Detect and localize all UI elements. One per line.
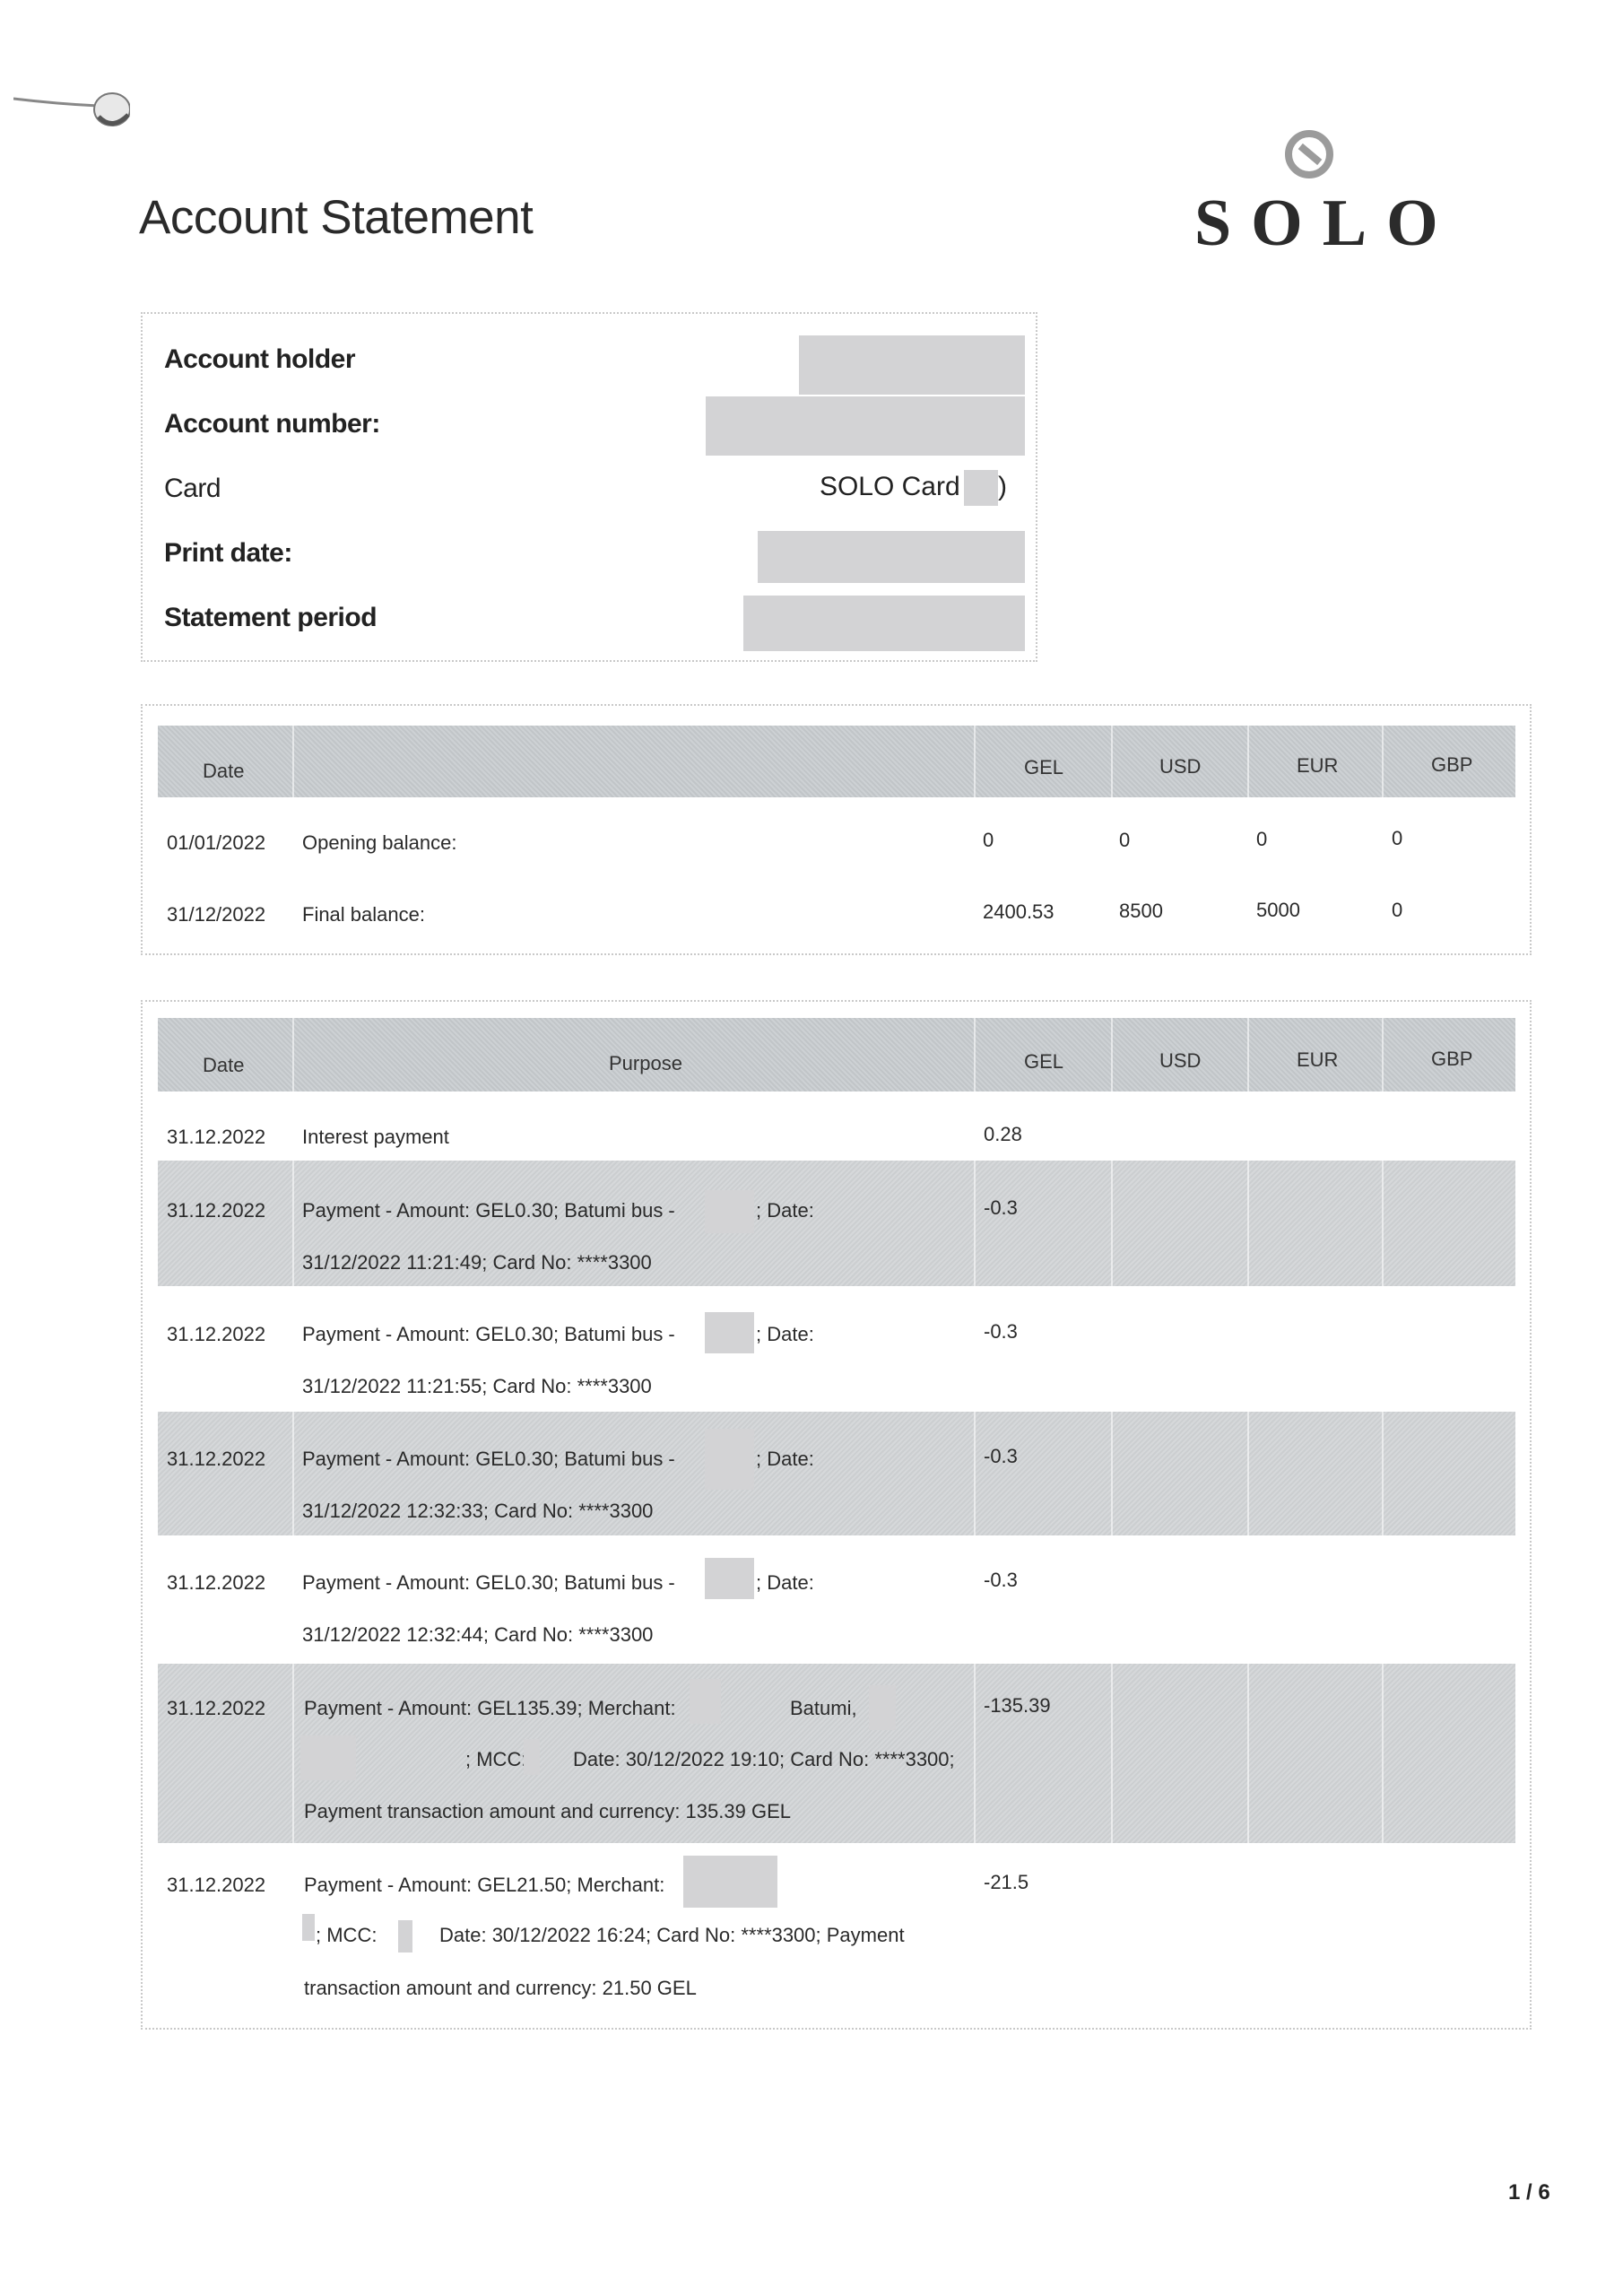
col-header-date: Date — [203, 760, 244, 783]
statement-period-label: Statement period — [164, 603, 377, 633]
info-row-account-number: Account number: — [153, 396, 1025, 450]
col-header-gel: GEL — [1024, 1050, 1063, 1074]
page-title: Account Statement — [139, 190, 533, 245]
staple-mark — [13, 88, 130, 133]
merchant-redacted — [705, 1312, 754, 1353]
col-header-purpose: Purpose — [609, 1052, 682, 1075]
col-header-gbp: GBP — [1431, 1048, 1472, 1071]
transactions-table-header: Date Purpose GEL USD EUR GBP — [158, 1018, 1515, 1091]
info-row-statement-period: Statement period — [153, 590, 1025, 644]
address-redacted — [869, 1685, 896, 1730]
address-redacted — [302, 1914, 315, 1941]
card-number-redacted — [964, 470, 998, 506]
col-header-usd: USD — [1159, 755, 1201, 778]
account-number-label: Account number: — [164, 409, 380, 439]
merchant-redacted — [705, 1190, 754, 1233]
info-row-card: Card SOLO Card () — [153, 461, 1025, 515]
merchant-redacted — [690, 1679, 721, 1724]
info-row-print-date: Print date: — [153, 526, 1025, 579]
card-value: SOLO Card () — [820, 470, 1007, 506]
balance-table: Date GEL USD EUR GBP 01/01/2022 Opening … — [141, 704, 1532, 955]
print-date-label: Print date: — [164, 538, 292, 569]
merchant-redacted — [683, 1856, 777, 1908]
col-header-date: Date — [203, 1054, 244, 1077]
balance-table-header: Date GEL USD EUR GBP — [158, 726, 1515, 797]
merchant-redacted — [705, 1429, 754, 1490]
account-holder-label: Account holder — [164, 344, 355, 375]
mcc-redacted — [398, 1920, 412, 1952]
merchant-redacted — [705, 1558, 754, 1599]
col-header-eur: EUR — [1297, 754, 1338, 778]
solo-logo-icon — [1285, 130, 1333, 178]
col-header-gbp: GBP — [1431, 753, 1472, 777]
address-redacted — [300, 1735, 356, 1780]
logo-text: SOLO — [1194, 186, 1444, 262]
solo-logo: SOLO — [1175, 130, 1444, 274]
col-header-usd: USD — [1159, 1049, 1201, 1073]
col-header-eur: EUR — [1297, 1048, 1338, 1072]
account-info-box: Account holder Account number: Card SOLO… — [141, 312, 1037, 662]
card-label: Card — [164, 474, 221, 504]
mcc-redacted — [524, 1739, 540, 1775]
transactions-table: Date Purpose GEL USD EUR GBP 31.12.2022 … — [141, 1000, 1532, 2030]
print-date-redacted — [758, 531, 1025, 583]
page-number: 1 / 6 — [1508, 2180, 1550, 2205]
statement-period-redacted — [743, 596, 1025, 651]
info-row-account-holder: Account holder — [153, 332, 1025, 386]
account-holder-redacted — [799, 335, 1025, 395]
account-number-redacted — [706, 396, 1025, 456]
col-header-gel: GEL — [1024, 756, 1063, 779]
